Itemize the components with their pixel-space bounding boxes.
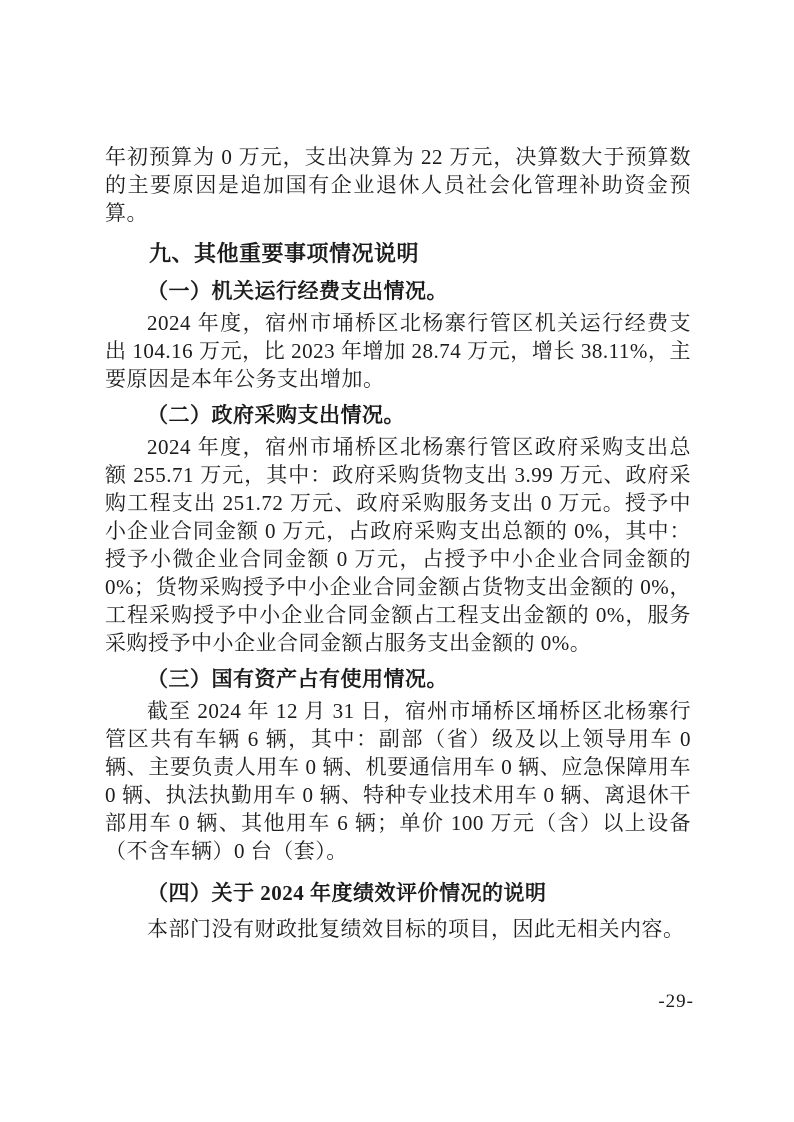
subsection-4-heading: （四）关于 2024 年度绩效评价情况的说明	[105, 879, 691, 907]
document-body: 年初预算为 0 万元，支出决算为 22 万元，决算数大于预算数的主要原因是追加国…	[105, 143, 691, 943]
section-heading-nine: 九、其他重要事项情况说明	[105, 240, 691, 268]
subsection-1-paragraph: 2024 年度，宿州市埇桥区北杨寨行管区机关运行经费支出 104.16 万元，比…	[105, 309, 691, 393]
subsection-3-paragraph: 截至 2024 年 12 月 31 日，宿州市埇桥区埇桥区北杨寨行管区共有车辆 …	[105, 697, 691, 865]
subsection-4-paragraph: 本部门没有财政批复绩效目标的项目，因此无相关内容。	[105, 915, 691, 943]
subsection-2-paragraph: 2024 年度，宿州市埇桥区北杨寨行管区政府采购支出总额 255.71 万元，其…	[105, 433, 691, 657]
subsection-1-heading: （一）机关运行经费支出情况。	[105, 277, 691, 305]
document-page: 年初预算为 0 万元，支出决算为 22 万元，决算数大于预算数的主要原因是追加国…	[0, 0, 794, 1122]
continuation-paragraph: 年初预算为 0 万元，支出决算为 22 万元，决算数大于预算数的主要原因是追加国…	[105, 143, 691, 227]
subsection-3-heading: （三）国有资产占有使用情况。	[105, 665, 691, 693]
subsection-2-heading: （二）政府采购支出情况。	[105, 401, 691, 429]
page-number: -29-	[658, 991, 694, 1013]
